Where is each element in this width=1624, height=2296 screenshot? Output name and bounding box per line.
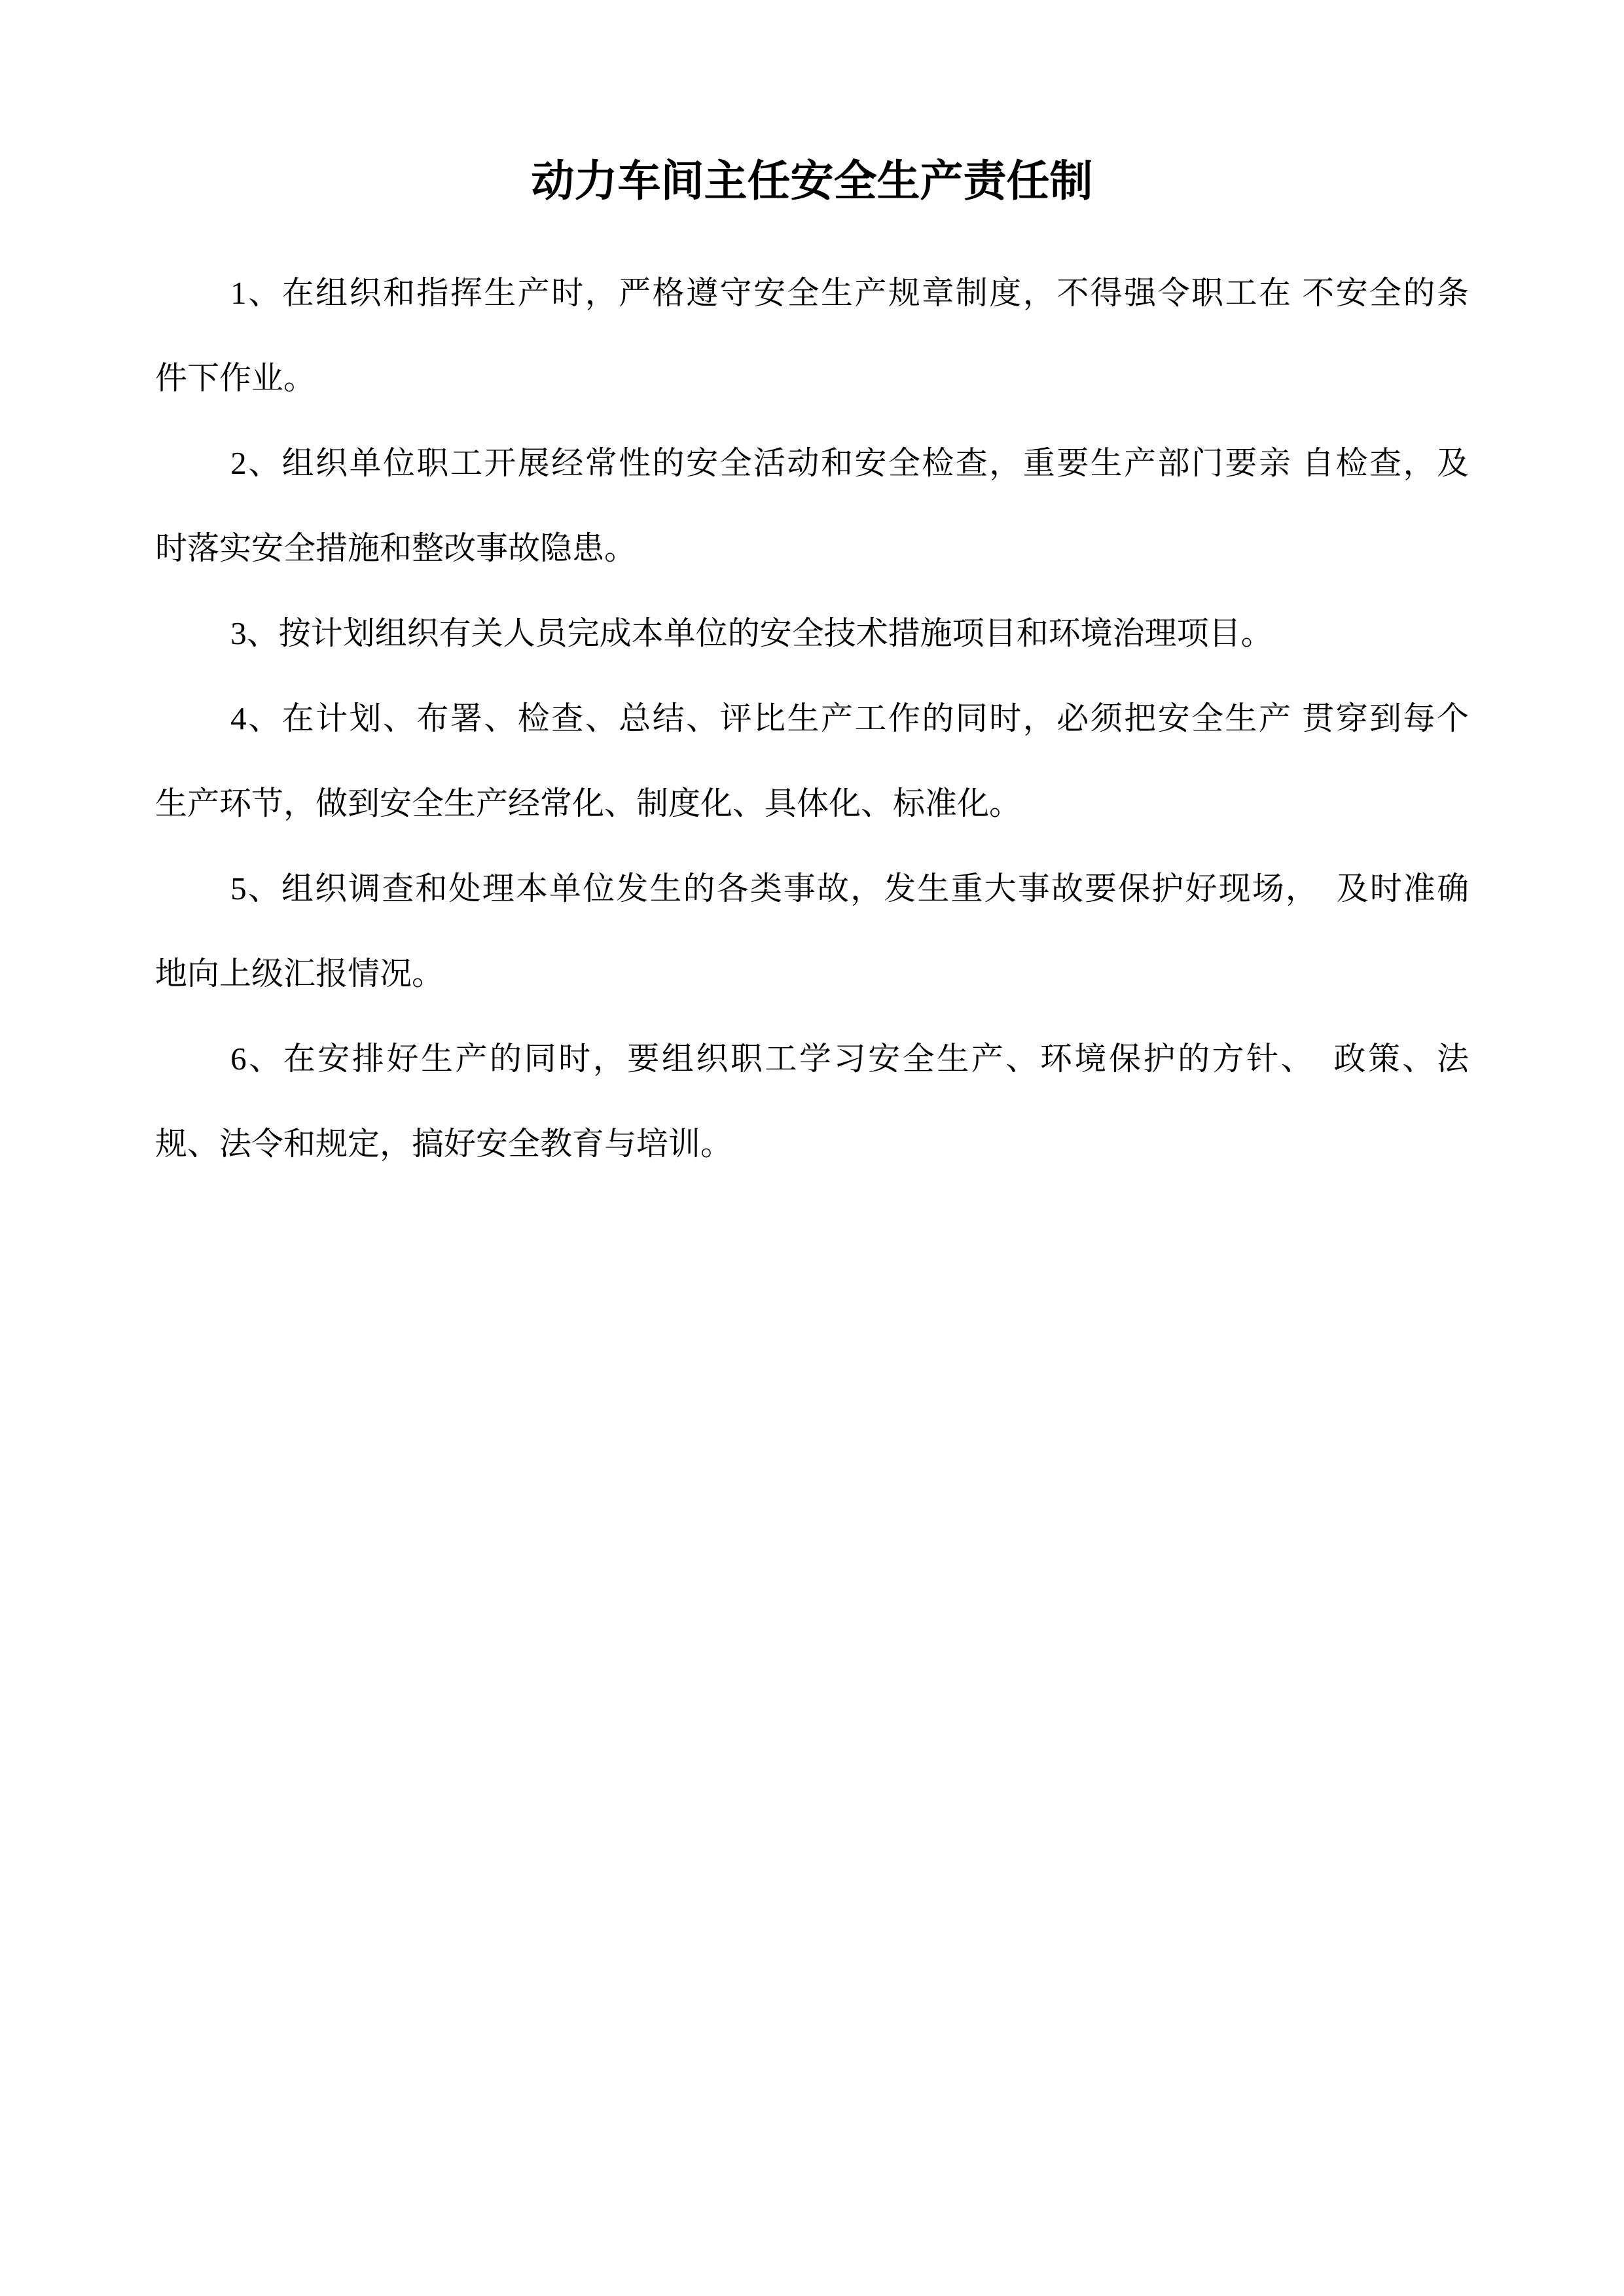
document-page: 动力车间主任安全生产责任制 1、在组织和指挥生产时，严格遵守安全生产规章制度，不… xyxy=(0,0,1624,2296)
text-line: 地向上级汇报情况。 xyxy=(155,931,1469,1016)
text-line: 4、在计划、布署、检查、总结、评比生产工作的同时，必须把安全生产 贯穿到每个 xyxy=(155,676,1469,761)
paragraph: 6、在安排好生产的同时，要组织职工学习安全生产、环境保护的方针、 政策、法规、法… xyxy=(155,1016,1469,1187)
paragraph: 3、按计划组织有关人员完成本单位的安全技术措施项目和环境治理项目。 xyxy=(155,591,1469,676)
text-line: 规、法令和规定，搞好安全教育与培训。 xyxy=(155,1102,1469,1187)
paragraph: 2、组织单位职工开展经常性的安全活动和安全检查，重要生产部门要亲 自检查，及时落… xyxy=(155,421,1469,591)
paragraph: 4、在计划、布署、检查、总结、评比生产工作的同时，必须把安全生产 贯穿到每个生产… xyxy=(155,676,1469,846)
text-line: 3、按计划组织有关人员完成本单位的安全技术措施项目和环境治理项目。 xyxy=(155,591,1469,676)
text-line: 5、组织调查和处理本单位发生的各类事故，发生重大事故要保护好现场， 及时准确 xyxy=(155,846,1469,931)
document-title: 动力车间主任安全生产责任制 xyxy=(0,154,1624,209)
text-line: 件下作业。 xyxy=(155,336,1469,421)
paragraph: 5、组织调查和处理本单位发生的各类事故，发生重大事故要保护好现场， 及时准确地向… xyxy=(155,846,1469,1016)
text-line: 生产环节，做到安全生产经常化、制度化、具体化、标准化。 xyxy=(155,761,1469,846)
document-body: 1、在组织和指挥生产时，严格遵守安全生产规章制度，不得强令职工在 不安全的条件下… xyxy=(155,251,1469,1187)
text-line: 时落实安全措施和整改事故隐患。 xyxy=(155,506,1469,591)
text-line: 2、组织单位职工开展经常性的安全活动和安全检查，重要生产部门要亲 自检查，及 xyxy=(155,421,1469,506)
text-line: 6、在安排好生产的同时，要组织职工学习安全生产、环境保护的方针、 政策、法 xyxy=(155,1016,1469,1102)
paragraph: 1、在组织和指挥生产时，严格遵守安全生产规章制度，不得强令职工在 不安全的条件下… xyxy=(155,251,1469,421)
text-line: 1、在组织和指挥生产时，严格遵守安全生产规章制度，不得强令职工在 不安全的条 xyxy=(155,251,1469,336)
